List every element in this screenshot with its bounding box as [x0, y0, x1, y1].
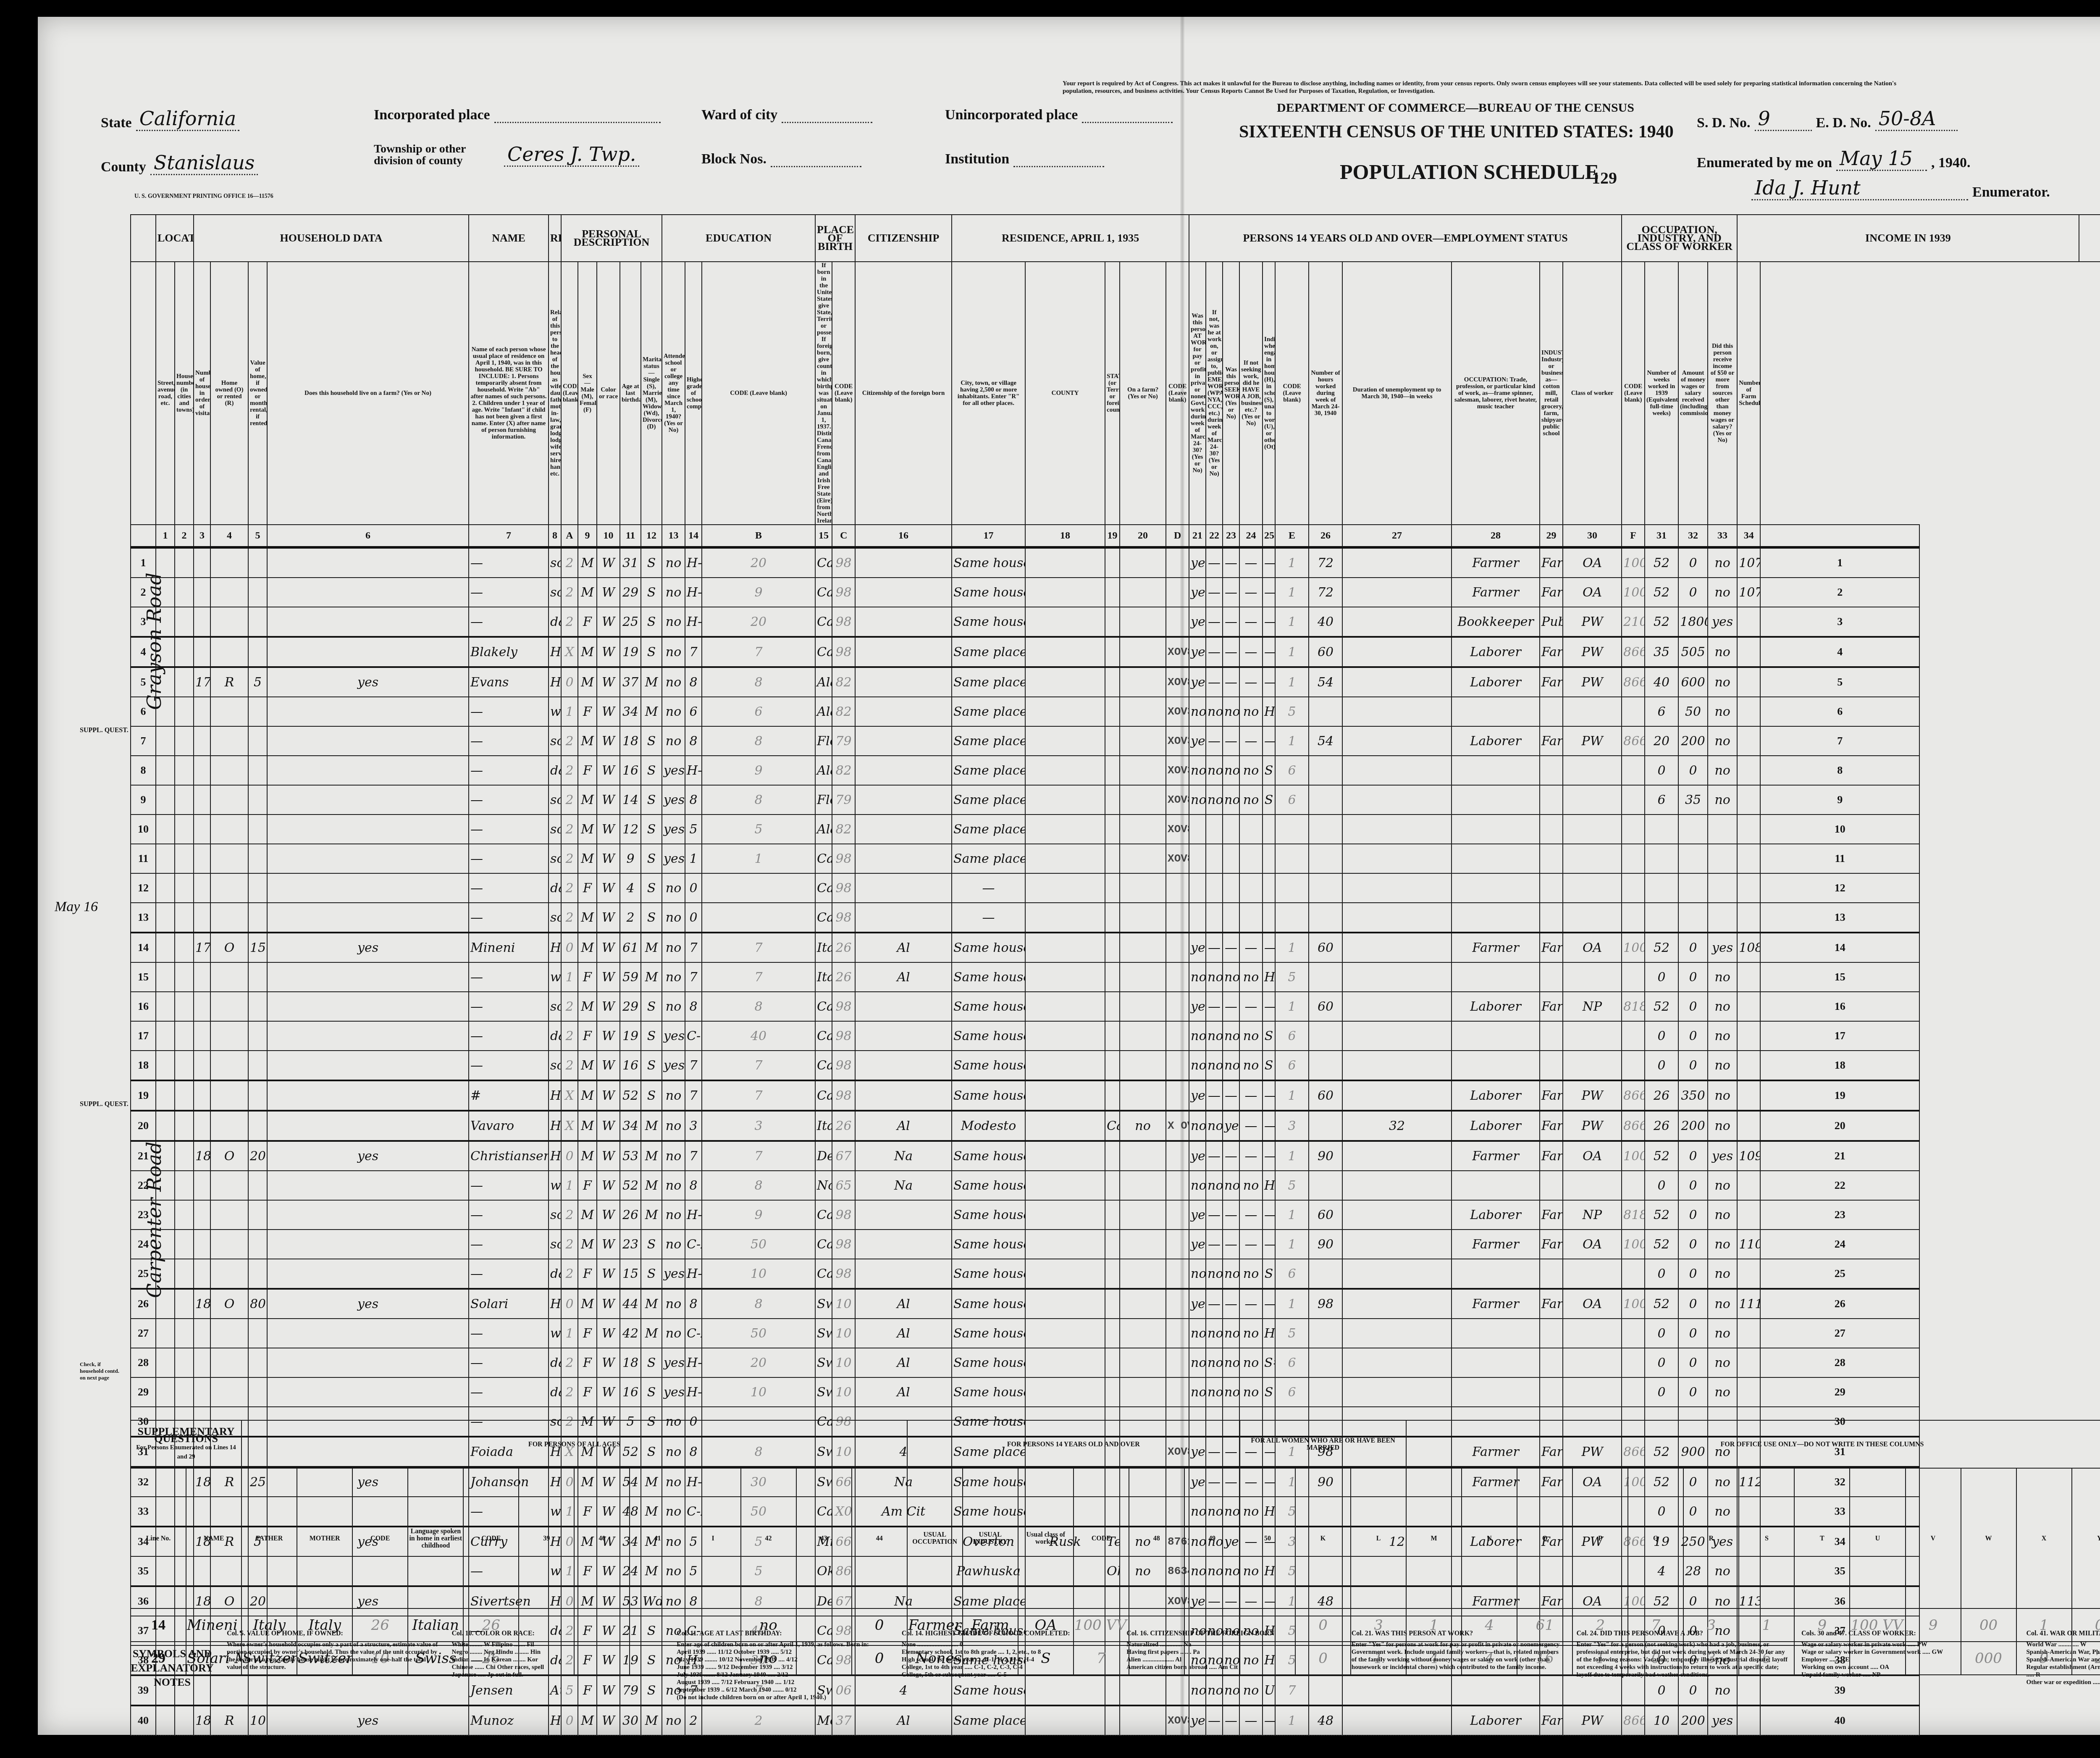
cell-codeD: XOV8	[1166, 844, 1189, 873]
note-body: None .......................... 0 Elemen…	[902, 1641, 1114, 1679]
cell-c22: —	[1206, 1080, 1223, 1111]
cell-c23: no	[1223, 1051, 1239, 1080]
person-name: —Arne	[469, 1200, 549, 1230]
note-body: White ........ W Filipino ....... Fil Ne…	[452, 1641, 664, 1679]
cell-value	[248, 547, 267, 578]
column-label: Was this person SEEKING WORK? (Yes or No…	[1223, 262, 1239, 525]
cell-mar: M	[641, 667, 662, 697]
cell-res_farm	[1120, 547, 1166, 578]
cell-c32: 0	[1678, 1289, 1708, 1319]
cell-farm	[267, 1259, 469, 1289]
line-number: 15	[1760, 962, 1919, 992]
cell-age: 19	[620, 637, 641, 667]
supp-column-header: S	[1739, 1468, 1794, 1608]
cell-cls	[1563, 903, 1622, 933]
cell-house	[175, 637, 194, 667]
cell-age: 14	[620, 785, 641, 815]
cell-c21: no	[1189, 1319, 1206, 1348]
cell-house	[175, 607, 194, 637]
cell-c34: 108	[1737, 933, 1760, 962]
cell-cls	[1563, 1259, 1622, 1289]
cell-c25: —	[1263, 726, 1275, 756]
cell-res_county	[1025, 578, 1105, 607]
cell-codeC: 98	[832, 903, 855, 933]
line-number: 6	[131, 697, 156, 726]
column-label: Marital status—Single (S), Married (M), …	[641, 262, 662, 525]
cell-c31: 52	[1645, 1200, 1678, 1230]
cell-c24: —	[1239, 578, 1263, 607]
cell-codeB: 8	[702, 726, 815, 756]
cell-age: 34	[620, 1111, 641, 1141]
cell-codeC: 98	[832, 1230, 855, 1259]
cell-c26	[1309, 903, 1342, 933]
cell-c27	[1342, 1259, 1452, 1289]
cell-c23: no	[1223, 1171, 1239, 1200]
cell-birth: California	[815, 903, 832, 933]
cell-codeA: 1	[561, 1319, 578, 1348]
column-number: 29	[1540, 525, 1563, 547]
cell-codeD	[1166, 1021, 1189, 1051]
cell-c31: 0	[1645, 1377, 1678, 1407]
supp-column-header: U	[1850, 1468, 1905, 1608]
cell-occ: Laborer	[1452, 992, 1540, 1021]
table-row: 24—Jamesson2MW23SnoC-250California98Same…	[131, 1230, 2100, 1259]
cell-value	[248, 1171, 267, 1200]
cell-codeC: 98	[832, 844, 855, 873]
cell-age: 16	[620, 1051, 641, 1080]
cell-codeF	[1622, 1319, 1645, 1348]
cell-codeC: 10	[832, 1348, 855, 1377]
cell-c32: 0	[1678, 1141, 1708, 1171]
cell-c25: H	[1263, 1319, 1275, 1348]
cell-codeF: 866 VV 1	[1622, 726, 1645, 756]
cell-house	[175, 1141, 194, 1171]
cell-c27	[1342, 933, 1452, 962]
cell-sex: F	[578, 1348, 597, 1377]
cell-own	[210, 873, 248, 903]
cell-res_city: Same place	[952, 785, 1025, 815]
cell-grade: H-1	[685, 578, 702, 607]
cell-res_county	[1025, 1377, 1105, 1407]
sheet-header: State California County Stanislaus Incor…	[38, 17, 2100, 197]
cell-c31	[1645, 844, 1678, 873]
line-number: 6	[1760, 697, 1919, 726]
line-number: 27	[131, 1319, 156, 1348]
cell-hh	[194, 547, 210, 578]
cell-occ	[1452, 1021, 1540, 1051]
cell-c26	[1309, 1111, 1342, 1141]
cell-mar: M	[641, 1141, 662, 1171]
cell-c24: no	[1239, 1259, 1263, 1289]
cell-c32: 0	[1678, 1021, 1708, 1051]
cell-res_farm	[1120, 1171, 1166, 1200]
cell-own	[210, 1377, 248, 1407]
note-block: Col. 11. AGE AT LAST BIRTHDAY:Enter age …	[677, 1630, 889, 1739]
group-header: INCOME IN 1939	[1737, 215, 2079, 262]
column-label: Sex—Male (M), Female (F)	[578, 262, 597, 525]
cell-c23: no	[1223, 1259, 1239, 1289]
cell-grade: 7	[685, 1141, 702, 1171]
cell-res_city: Same house	[952, 1230, 1025, 1259]
cell-birth: Switzerland	[815, 1348, 832, 1377]
cell-res_county	[1025, 903, 1105, 933]
cell-c21: no	[1189, 756, 1206, 785]
cell-house	[175, 578, 194, 607]
stamp-number: 129	[1592, 168, 1617, 188]
cell-cit: Al	[855, 933, 952, 962]
cell-c32: 0	[1678, 1319, 1708, 1348]
supp-column-header: I	[685, 1468, 740, 1608]
cell-house	[175, 1377, 194, 1407]
cell-res_farm	[1120, 1230, 1166, 1259]
cell-codeB: 6	[702, 697, 815, 726]
cell-rel: daughter	[549, 873, 561, 903]
cell-res_state: California	[1105, 1111, 1120, 1141]
cell-c24: —	[1239, 1080, 1263, 1111]
cell-c32	[1678, 844, 1708, 873]
cell-farm	[267, 873, 469, 903]
cell-house	[175, 1348, 194, 1377]
cell-sch: no	[662, 873, 685, 903]
cell-sex: M	[578, 815, 597, 844]
cell-cit	[855, 844, 952, 873]
cell-codeA: 0	[561, 933, 578, 962]
cell-occ: Farmer	[1452, 1289, 1540, 1319]
note-heading: Col. 16. CITIZENSHIP OF THE FOREIGN BORN	[1126, 1630, 1339, 1637]
cell-cit	[855, 637, 952, 667]
cell-birth: California	[815, 1200, 832, 1230]
cell-race: W	[597, 1080, 620, 1111]
surname: —	[470, 793, 549, 807]
cell-street	[156, 547, 175, 578]
surname: —	[470, 615, 549, 629]
cell-res_county	[1025, 1200, 1105, 1230]
cell-hh: 179	[194, 933, 210, 962]
cell-c24: —	[1239, 1111, 1263, 1141]
cell-sch: no	[662, 962, 685, 992]
cell-house	[175, 1021, 194, 1051]
cell-res_farm	[1120, 903, 1166, 933]
cell-codeE: 6	[1275, 1348, 1309, 1377]
cell-codeB: 10	[702, 1259, 815, 1289]
cell-codeB: 20	[702, 1348, 815, 1377]
cell-c27	[1342, 815, 1452, 844]
cell-ind	[1540, 785, 1563, 815]
cell-res_state	[1105, 785, 1120, 815]
cell-c26: 90	[1309, 1141, 1342, 1171]
cell-codeD: XOV8	[1166, 815, 1189, 844]
cell-codeA: 2	[561, 1051, 578, 1080]
cell-race: W	[597, 1111, 620, 1141]
line-number: 28	[1760, 1348, 1919, 1377]
cell-res_farm	[1120, 578, 1166, 607]
cell-c34	[1737, 844, 1760, 873]
cell-res_state	[1105, 933, 1120, 962]
cell-birth: California	[815, 578, 832, 607]
census-title: SIXTEENTH CENSUS OF THE UNITED STATES: 1…	[1239, 122, 1674, 142]
cell-race: W	[597, 1289, 620, 1319]
cell-rel: Head	[549, 933, 561, 962]
table-row: 8—Elsiedaughter2FW16SyesH-19Alabama82Sam…	[131, 756, 2100, 785]
cell-c23: —	[1223, 933, 1239, 962]
cell-c32: 0	[1678, 1171, 1708, 1200]
cell-codeC: 98	[832, 1051, 855, 1080]
person-name: VavaroLeo	[469, 1111, 549, 1141]
cell-value	[248, 1348, 267, 1377]
cell-c27	[1342, 578, 1452, 607]
cell-birth: Switzerland	[815, 1377, 832, 1407]
cell-own	[210, 1319, 248, 1348]
group-14-and-over: FOR PERSONS 14 YEARS OLD AND OVER	[907, 1420, 1240, 1468]
cell-mar: S	[641, 844, 662, 873]
person-name: #Thornton Peter	[469, 1080, 549, 1111]
cell-codeE: 5	[1275, 1171, 1309, 1200]
cell-own	[210, 844, 248, 873]
cell-res_county	[1025, 1230, 1105, 1259]
cell-c25: —	[1263, 1111, 1275, 1141]
cell-cls: NP	[1563, 992, 1622, 1021]
cell-occ	[1452, 844, 1540, 873]
township-field: Township or other division of county Cer…	[374, 143, 693, 167]
state-field: State California	[101, 107, 239, 131]
column-number: 23	[1223, 525, 1239, 547]
cell-own	[210, 785, 248, 815]
cell-res_city: Same house	[952, 992, 1025, 1021]
cell-c23: —	[1223, 1080, 1239, 1111]
cell-value	[248, 1021, 267, 1051]
cell-cls: OA	[1563, 578, 1622, 607]
line-number: 19	[1760, 1080, 1919, 1111]
cell-codeA: 2	[561, 844, 578, 873]
cell-codeB: 7	[702, 962, 815, 992]
person-name: —Clementa	[469, 962, 549, 992]
cell-c31: 52	[1645, 1230, 1678, 1259]
cell-c34	[1737, 962, 1760, 992]
cell-occ	[1452, 697, 1540, 726]
cell-ind	[1540, 1051, 1563, 1080]
cell-sex: M	[578, 1200, 597, 1230]
cell-c21: no	[1189, 1111, 1206, 1141]
cell-codeD	[1166, 1141, 1189, 1171]
cell-c33: no	[1708, 1259, 1737, 1289]
line-number: 22	[131, 1171, 156, 1200]
cell-c33	[1708, 903, 1737, 933]
cell-value	[248, 637, 267, 667]
cell-race: W	[597, 726, 620, 756]
line-number: 2	[1760, 578, 1919, 607]
cell-cls: OA	[1563, 1141, 1622, 1171]
cell-c23: no	[1223, 785, 1239, 815]
group-header: CITIZENSHIP	[855, 215, 952, 262]
cell-c27	[1342, 1051, 1452, 1080]
cell-c32: 0	[1678, 1348, 1708, 1377]
cell-rel: Head	[549, 667, 561, 697]
note-body: Where owner's household occupies only a …	[227, 1641, 439, 1671]
cell-res_city: Same place	[952, 726, 1025, 756]
cell-codeA: 2	[561, 1348, 578, 1377]
cell-own	[210, 1171, 248, 1200]
cell-own	[210, 1348, 248, 1377]
cell-c26	[1309, 1259, 1342, 1289]
cell-rel: wife	[549, 1319, 561, 1348]
supp-column-header: Language spoken in home in earliest chil…	[408, 1468, 463, 1608]
cell-sch: no	[662, 1230, 685, 1259]
cell-codeF	[1622, 962, 1645, 992]
cell-race: W	[597, 1348, 620, 1377]
group-header: HOUSEHOLD DATA	[194, 215, 469, 262]
cell-c34	[1737, 607, 1760, 637]
cell-house	[175, 756, 194, 785]
cell-own: O	[210, 933, 248, 962]
cell-res_farm	[1120, 637, 1166, 667]
cell-value	[248, 844, 267, 873]
cell-sex: M	[578, 992, 597, 1021]
cell-ind	[1540, 962, 1563, 992]
cell-farm	[267, 1230, 469, 1259]
line-number: 4	[1760, 637, 1919, 667]
cell-age: 26	[620, 1200, 641, 1230]
cell-rel: Head	[549, 1141, 561, 1171]
column-number: 26	[1309, 525, 1342, 547]
enumerator-name: Ida J. Hunt	[1751, 176, 1968, 200]
cell-codeB: 8	[702, 785, 815, 815]
cell-sch: yes	[662, 1377, 685, 1407]
column-label: Number of hours worked during week of Ma…	[1309, 262, 1342, 525]
cell-codeF	[1622, 1051, 1645, 1080]
table-row: 23—Arneson2MW26MnoH-49California98Same h…	[131, 1200, 2100, 1230]
cell-house	[175, 933, 194, 962]
cell-res_city: Same house	[952, 1259, 1025, 1289]
cell-codeD	[1166, 1051, 1189, 1080]
cell-c21	[1189, 844, 1206, 873]
cell-codeC: 79	[832, 785, 855, 815]
cell-codeF: 818 VV 5	[1622, 1200, 1645, 1230]
cell-c25	[1263, 903, 1275, 933]
cell-codeC: 82	[832, 697, 855, 726]
supp-column-header: CODE	[352, 1468, 408, 1608]
column-label: Relationship of this person to the head …	[549, 262, 561, 525]
cell-codeC: 98	[832, 1021, 855, 1051]
cell-c27	[1342, 1230, 1452, 1259]
cell-c27: 32	[1342, 1111, 1452, 1141]
note-heading: Col. 14. HIGHEST GRADE OF SCHOOL COMPLET…	[902, 1630, 1114, 1637]
cell-codeA: X	[561, 1080, 578, 1111]
cell-occ: Farmer	[1452, 1141, 1540, 1171]
cell-codeF: 100 VV 4	[1622, 1141, 1645, 1171]
cell-c21: no	[1189, 1171, 1206, 1200]
cell-c23	[1223, 873, 1239, 903]
cell-sex: F	[578, 1021, 597, 1051]
column-number: 28	[1452, 525, 1540, 547]
column-number: 4	[210, 525, 248, 547]
cell-c25: —	[1263, 578, 1275, 607]
cell-age: 16	[620, 1377, 641, 1407]
cell-c25: S#	[1263, 1348, 1275, 1377]
cell-sch: yes	[662, 1021, 685, 1051]
person-name: ChristiansenFred ⊗	[469, 1141, 549, 1171]
supp-column-header: M	[1406, 1468, 1462, 1608]
cell-sch: no	[662, 578, 685, 607]
cell-race: W	[597, 1171, 620, 1200]
cell-cit	[855, 785, 952, 815]
cell-c21: yes	[1189, 1080, 1206, 1111]
cell-occ: Laborer	[1452, 726, 1540, 756]
cell-c33: no	[1708, 667, 1737, 697]
cell-sex: M	[578, 903, 597, 933]
person-name: —James	[469, 1230, 549, 1259]
group-blank	[131, 215, 156, 262]
cell-c32: 0	[1678, 547, 1708, 578]
cell-codeE: 1	[1275, 1289, 1309, 1319]
supp-column-header: 41	[630, 1468, 685, 1608]
cell-grade: 8	[685, 1171, 702, 1200]
cell-codeC: 98	[832, 1080, 855, 1111]
cell-res_state	[1105, 1200, 1120, 1230]
cell-c26	[1309, 1377, 1342, 1407]
line-number: 9	[1760, 785, 1919, 815]
cell-birth: California	[815, 992, 832, 1021]
cell-value: 800	[248, 1289, 267, 1319]
line-number: 27	[1760, 1319, 1919, 1348]
cell-house	[175, 1230, 194, 1259]
column-number: 9	[578, 525, 597, 547]
cell-cit	[855, 726, 952, 756]
table-row: 13—Burtonson2MW2Sno0California98—13	[131, 903, 2100, 933]
cell-c33: no	[1708, 1051, 1737, 1080]
table-row: 21180O2000yesChristiansenFred ⊗Head0MW53…	[131, 1141, 2100, 1171]
cell-res_county	[1025, 1348, 1105, 1377]
cell-hh	[194, 1021, 210, 1051]
cell-c27	[1342, 844, 1452, 873]
cell-sch: no	[662, 992, 685, 1021]
supp-column-header: K	[1295, 1468, 1351, 1608]
cell-sex: M	[578, 1051, 597, 1080]
cell-ind	[1540, 873, 1563, 903]
explanatory-notes: SYMBOLS AND EXPLANATORY NOTES Col. 5. VA…	[130, 1630, 2100, 1739]
cell-grade: 8	[685, 785, 702, 815]
cell-own	[210, 1051, 248, 1080]
cell-c33: yes	[1708, 933, 1737, 962]
group-header: PERSONS 14 YEARS OLD AND OVER—EMPLOYMENT…	[1189, 215, 1622, 262]
cell-c22	[1206, 815, 1223, 844]
cell-value	[248, 1319, 267, 1348]
cell-codeA: 2	[561, 578, 578, 607]
cell-farm	[267, 1319, 469, 1348]
cell-res_city: —	[952, 903, 1025, 933]
cell-c23: —	[1223, 1289, 1239, 1319]
county-value: Stanislaus	[150, 151, 258, 175]
cell-c34	[1737, 1319, 1760, 1348]
cell-race: W	[597, 547, 620, 578]
cell-c26	[1309, 785, 1342, 815]
cell-own	[210, 1111, 248, 1141]
cell-c34	[1737, 873, 1760, 903]
cell-codeF	[1622, 1171, 1645, 1200]
line-number: 11	[131, 844, 156, 873]
cell-value	[248, 1230, 267, 1259]
cell-res_farm	[1120, 844, 1166, 873]
cell-c34	[1737, 903, 1760, 933]
cell-res_county	[1025, 1021, 1105, 1051]
state-value: California	[136, 107, 240, 131]
cell-own	[210, 1021, 248, 1051]
cell-c25: —	[1263, 1141, 1275, 1171]
table-row: 16—Victor ⊗son2MW29Sno88California98Same…	[131, 992, 2100, 1021]
surname: —	[470, 763, 549, 778]
cell-birth: Alabama	[815, 815, 832, 844]
cell-res_city: Same house	[952, 1319, 1025, 1348]
cell-c32: 0	[1678, 578, 1708, 607]
